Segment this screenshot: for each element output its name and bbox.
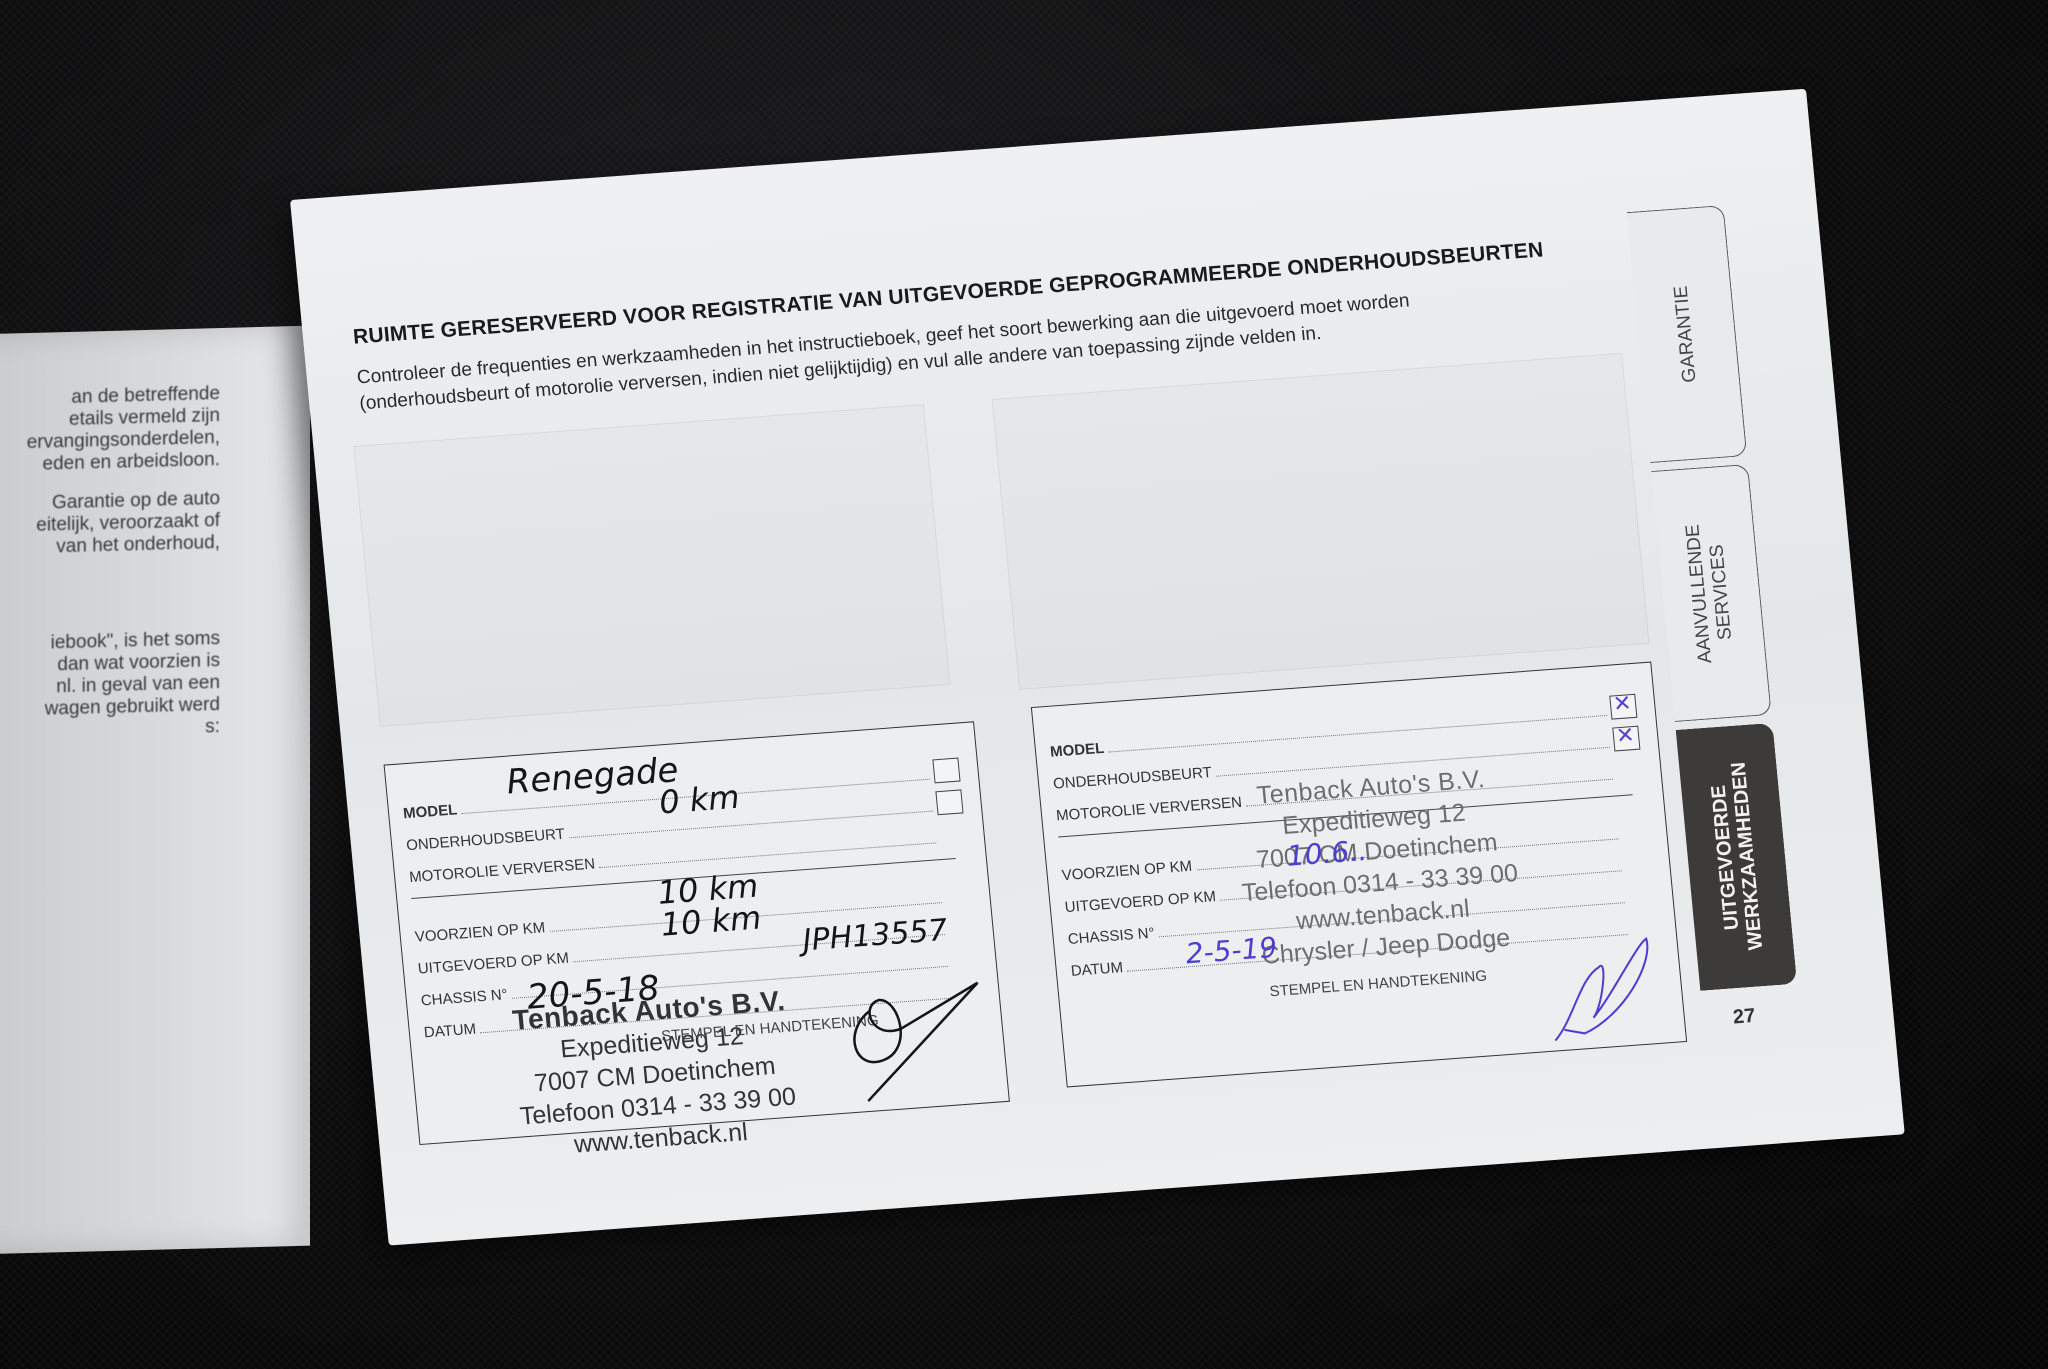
tab-label: UITGEVOERDE WERKZAAMHEDEN (1705, 761, 1767, 952)
service-checkbox[interactable] (932, 758, 960, 784)
dealer-stamp: Tenback Auto's B.V. Expeditieweg 12 7007… (498, 984, 812, 1165)
label-date: DATUM (423, 1020, 481, 1041)
tab-garantie[interactable]: GARANTIE (1627, 205, 1747, 463)
tab-uitgevoerde-werkzaamheden[interactable]: UITGEVOERDE WERKZAAMHEDEN (1676, 723, 1797, 991)
handwritten-service-km: 0 km (657, 778, 741, 822)
left-text-line: s: (0, 716, 220, 744)
tab-label: AANVULLENDE SERVICES (1682, 522, 1739, 664)
label-service: ONDERHOUDSBEURT (405, 825, 569, 854)
page-number: 27 (1732, 1005, 1756, 1030)
right-page: RUIMTE GERESERVEERD VOOR REGISTRATIE VAN… (290, 89, 1905, 1246)
stamp-caption: STEMPEL EN HANDTEKENING (1269, 967, 1488, 1000)
signature-blue (1536, 933, 1666, 1051)
left-page: an de betreffende etails vermeld zijn er… (0, 326, 310, 1255)
label-planned-km: VOORZIEN OP KM (414, 919, 550, 946)
label-oil-change: MOTOROLIE VERVERSEN (408, 855, 599, 886)
label-model: MODEL (402, 801, 462, 822)
left-paragraph-3: iebook", is het soms dan wat voorzien is… (0, 628, 220, 744)
label-performed-km: UITGEVOERD OP KM (417, 949, 574, 977)
left-paragraph-1: an de betreffende etails vermeld zijn er… (0, 383, 220, 477)
label-planned-km: VOORZIEN OP KM (1061, 857, 1197, 884)
tab-label: GARANTIE (1671, 285, 1702, 383)
oil-change-checkbox[interactable] (1612, 726, 1640, 752)
label-model: MODEL (1049, 740, 1109, 761)
handwritten-performed-km: 10.6.. (1285, 834, 1368, 873)
left-paragraph-2: Garantie op de auto eitelijk, veroorzaak… (0, 488, 220, 560)
label-date: DATUM (1070, 959, 1128, 980)
service-record-1: MODEL ONDERHOUDSBEURT MOTOROLIE VERVERSE… (384, 721, 1010, 1145)
oil-change-checkbox[interactable] (935, 789, 963, 815)
signature-black (826, 962, 999, 1113)
label-chassis: CHASSIS N° (1067, 924, 1159, 948)
handwritten-performed-km: 10 km (659, 899, 763, 944)
service-record-2: MODEL ONDERHOUDSBEURT MOTOROLIE VERVERSE… (1031, 662, 1687, 1088)
left-text-line: van het onderhoud, (0, 532, 220, 560)
show-through-box (992, 353, 1650, 690)
show-through-box (353, 404, 950, 727)
handwritten-date: 2-5-19 (1184, 931, 1278, 971)
tab-aanvullende-services[interactable]: AANVULLENDE SERVICES (1651, 464, 1771, 722)
service-checkbox[interactable] (1609, 694, 1637, 720)
